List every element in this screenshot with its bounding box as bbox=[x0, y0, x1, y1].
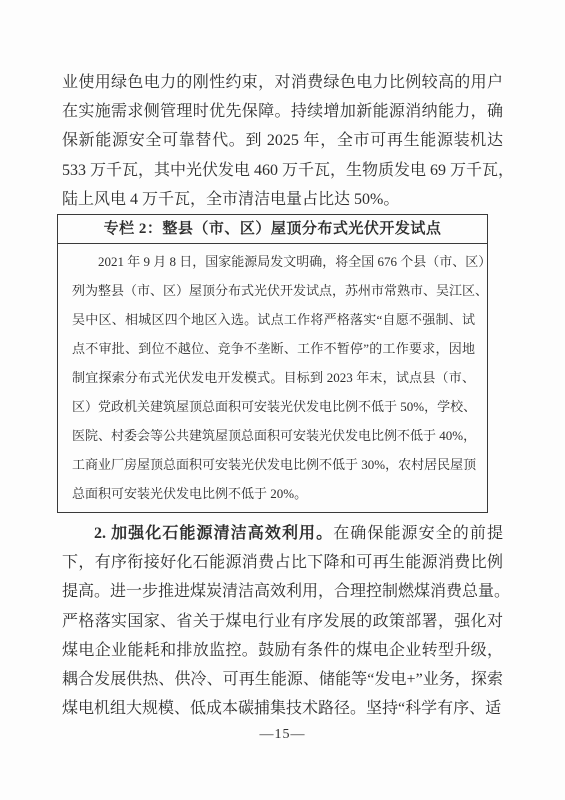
paragraph-line: 下，有序衔接好化石能源消费占比下降和可再生能源消费比例 bbox=[62, 548, 503, 577]
box-text-line: 点不审批、到位不越位、竞争不垄断、工作不暂停”的工作要求，因地 bbox=[72, 334, 475, 363]
box-text-line: 工商业厂房屋顶总面积可安装光伏发电比例不低于 30%，农村居民屋顶 bbox=[72, 450, 475, 479]
box-text-line: 列为整县（市、区）屋顶分布式光伏开发试点，苏州市常熟市、吴江区、 bbox=[72, 276, 475, 305]
paragraph-line: 煤电机组大规模、低成本碳捕集技术路径。坚持“科学有序、适 bbox=[62, 694, 503, 723]
box-title: 专栏 2：整县（市、区）屋顶分布式光伏开发试点 bbox=[58, 215, 487, 244]
paragraph-line: 严格落实国家、省关于煤电行业有序发展的政策部署，强化对 bbox=[62, 607, 503, 636]
box-text-line: 制宜探索分布式光伏发电开发模式。目标到 2023 年末，试点县（市、 bbox=[72, 363, 475, 392]
page-number: —15— bbox=[0, 727, 565, 743]
box-text-line: 医院、村委会等公共建筑屋顶总面积可安装光伏发电比例不低于 40%， bbox=[72, 421, 475, 450]
paragraph-line: 提高。进一步推进煤炭清洁高效利用，合理控制燃煤消费总量。 bbox=[62, 577, 503, 606]
intro-paragraph: 业使用绿色电力的刚性约束，对消费绿色电力比例较高的用户 在实施需求侧管理时优先保… bbox=[62, 68, 503, 214]
paragraph-line: 2. 加强化石能源清洁高效利用。在确保能源安全的前提 bbox=[62, 519, 503, 548]
paragraph-line: 533 万千瓦，其中光伏发电 460 万千瓦，生物质发电 69 万千瓦， bbox=[62, 156, 503, 185]
box-body: 2021 年 9 月 8 日，国家能源局发文明确，将全国 676 个县（市、区）… bbox=[58, 244, 487, 512]
paragraph-line: 业使用绿色电力的刚性约束，对消费绿色电力比例较高的用户 bbox=[62, 68, 503, 97]
section-heading: 2. 加强化石能源清洁高效利用。 bbox=[94, 525, 333, 542]
box-text-line: 吴中区、相城区四个地区入选。试点工作将严格落实“自愿不强制、试 bbox=[72, 305, 475, 334]
box-text-line: 2021 年 9 月 8 日，国家能源局发文明确，将全国 676 个县（市、区） bbox=[72, 247, 475, 276]
column-box: 专栏 2：整县（市、区）屋顶分布式光伏开发试点 2021 年 9 月 8 日，国… bbox=[57, 214, 488, 513]
box-text-line: 总面积可安装光伏发电比例不低于 20%。 bbox=[72, 479, 475, 508]
section-paragraph: 2. 加强化石能源清洁高效利用。在确保能源安全的前提 下，有序衔接好化石能源消费… bbox=[62, 519, 503, 723]
document-page: 业使用绿色电力的刚性约束，对消费绿色电力比例较高的用户 在实施需求侧管理时优先保… bbox=[0, 0, 565, 800]
box-text-line: 区）党政机关建筑屋顶总面积可安装光伏发电比例不低于 50%，学校、 bbox=[72, 392, 475, 421]
paragraph-line: 在实施需求侧管理时优先保障。持续增加新能源消纳能力，确 bbox=[62, 97, 503, 126]
paragraph-line: 陆上风电 4 万千瓦，全市清洁电量占比达 50%。 bbox=[62, 185, 503, 214]
paragraph-text: 在确保能源安全的前提 bbox=[333, 525, 503, 542]
paragraph-line: 煤电企业能耗和排放监控。鼓励有条件的煤电企业转型升级， bbox=[62, 636, 503, 665]
paragraph-line: 耦合发展供热、供冷、可再生能源、储能等“发电+”业务，探索 bbox=[62, 665, 503, 694]
paragraph-line: 保新能源安全可靠替代。到 2025 年，全市可再生能源装机达 bbox=[62, 126, 503, 155]
page-content: 业使用绿色电力的刚性约束，对消费绿色电力比例较高的用户 在实施需求侧管理时优先保… bbox=[62, 68, 503, 723]
